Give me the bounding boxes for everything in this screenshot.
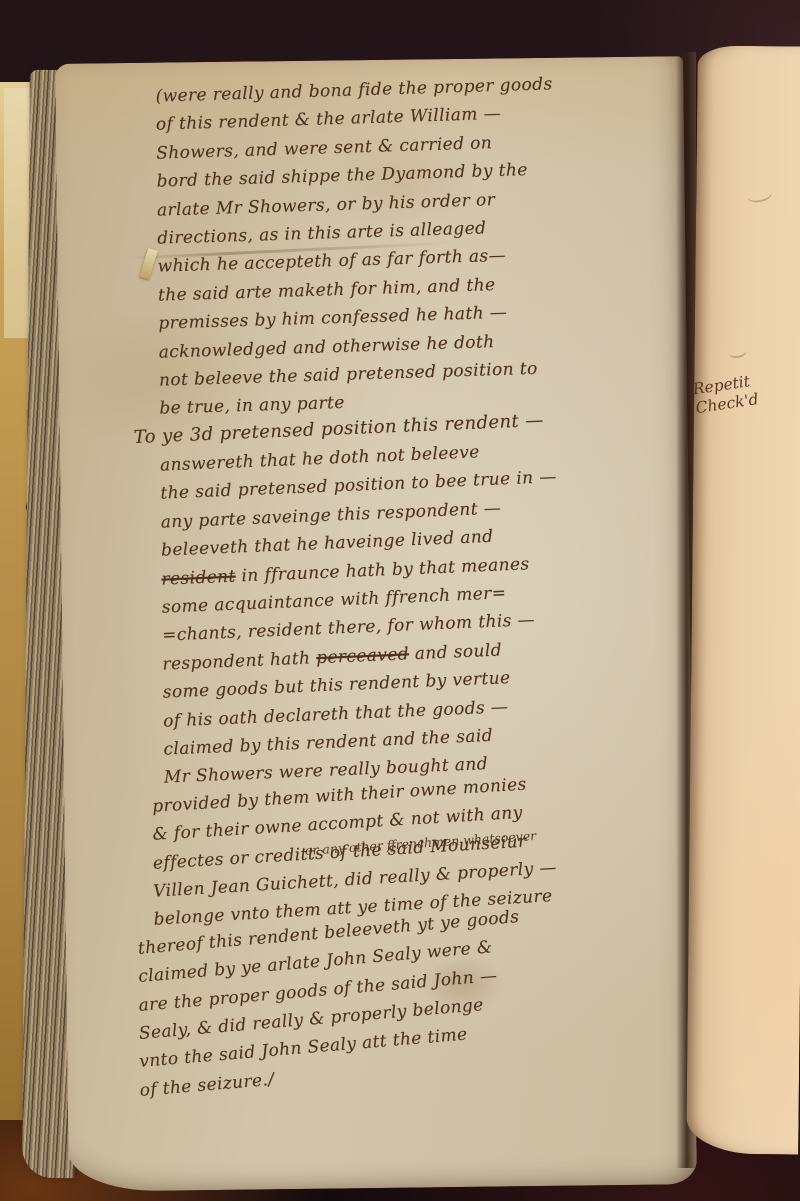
struck-word: perceaved <box>316 644 410 668</box>
manuscript-text: (were really and bona fide the proper go… <box>155 77 667 1105</box>
facing-page: Repetit Check'd <box>686 45 800 1154</box>
book-photo: (were really and bona fide the proper go… <box>0 0 800 1201</box>
manuscript-page: (were really and bona fide the proper go… <box>55 56 697 1192</box>
marginal-note: Repetit Check'd <box>692 371 760 418</box>
struck-word: resident <box>161 566 236 589</box>
showthrough-mark <box>745 184 774 205</box>
showthrough-mark <box>728 344 748 359</box>
paper-sliver <box>139 248 157 280</box>
